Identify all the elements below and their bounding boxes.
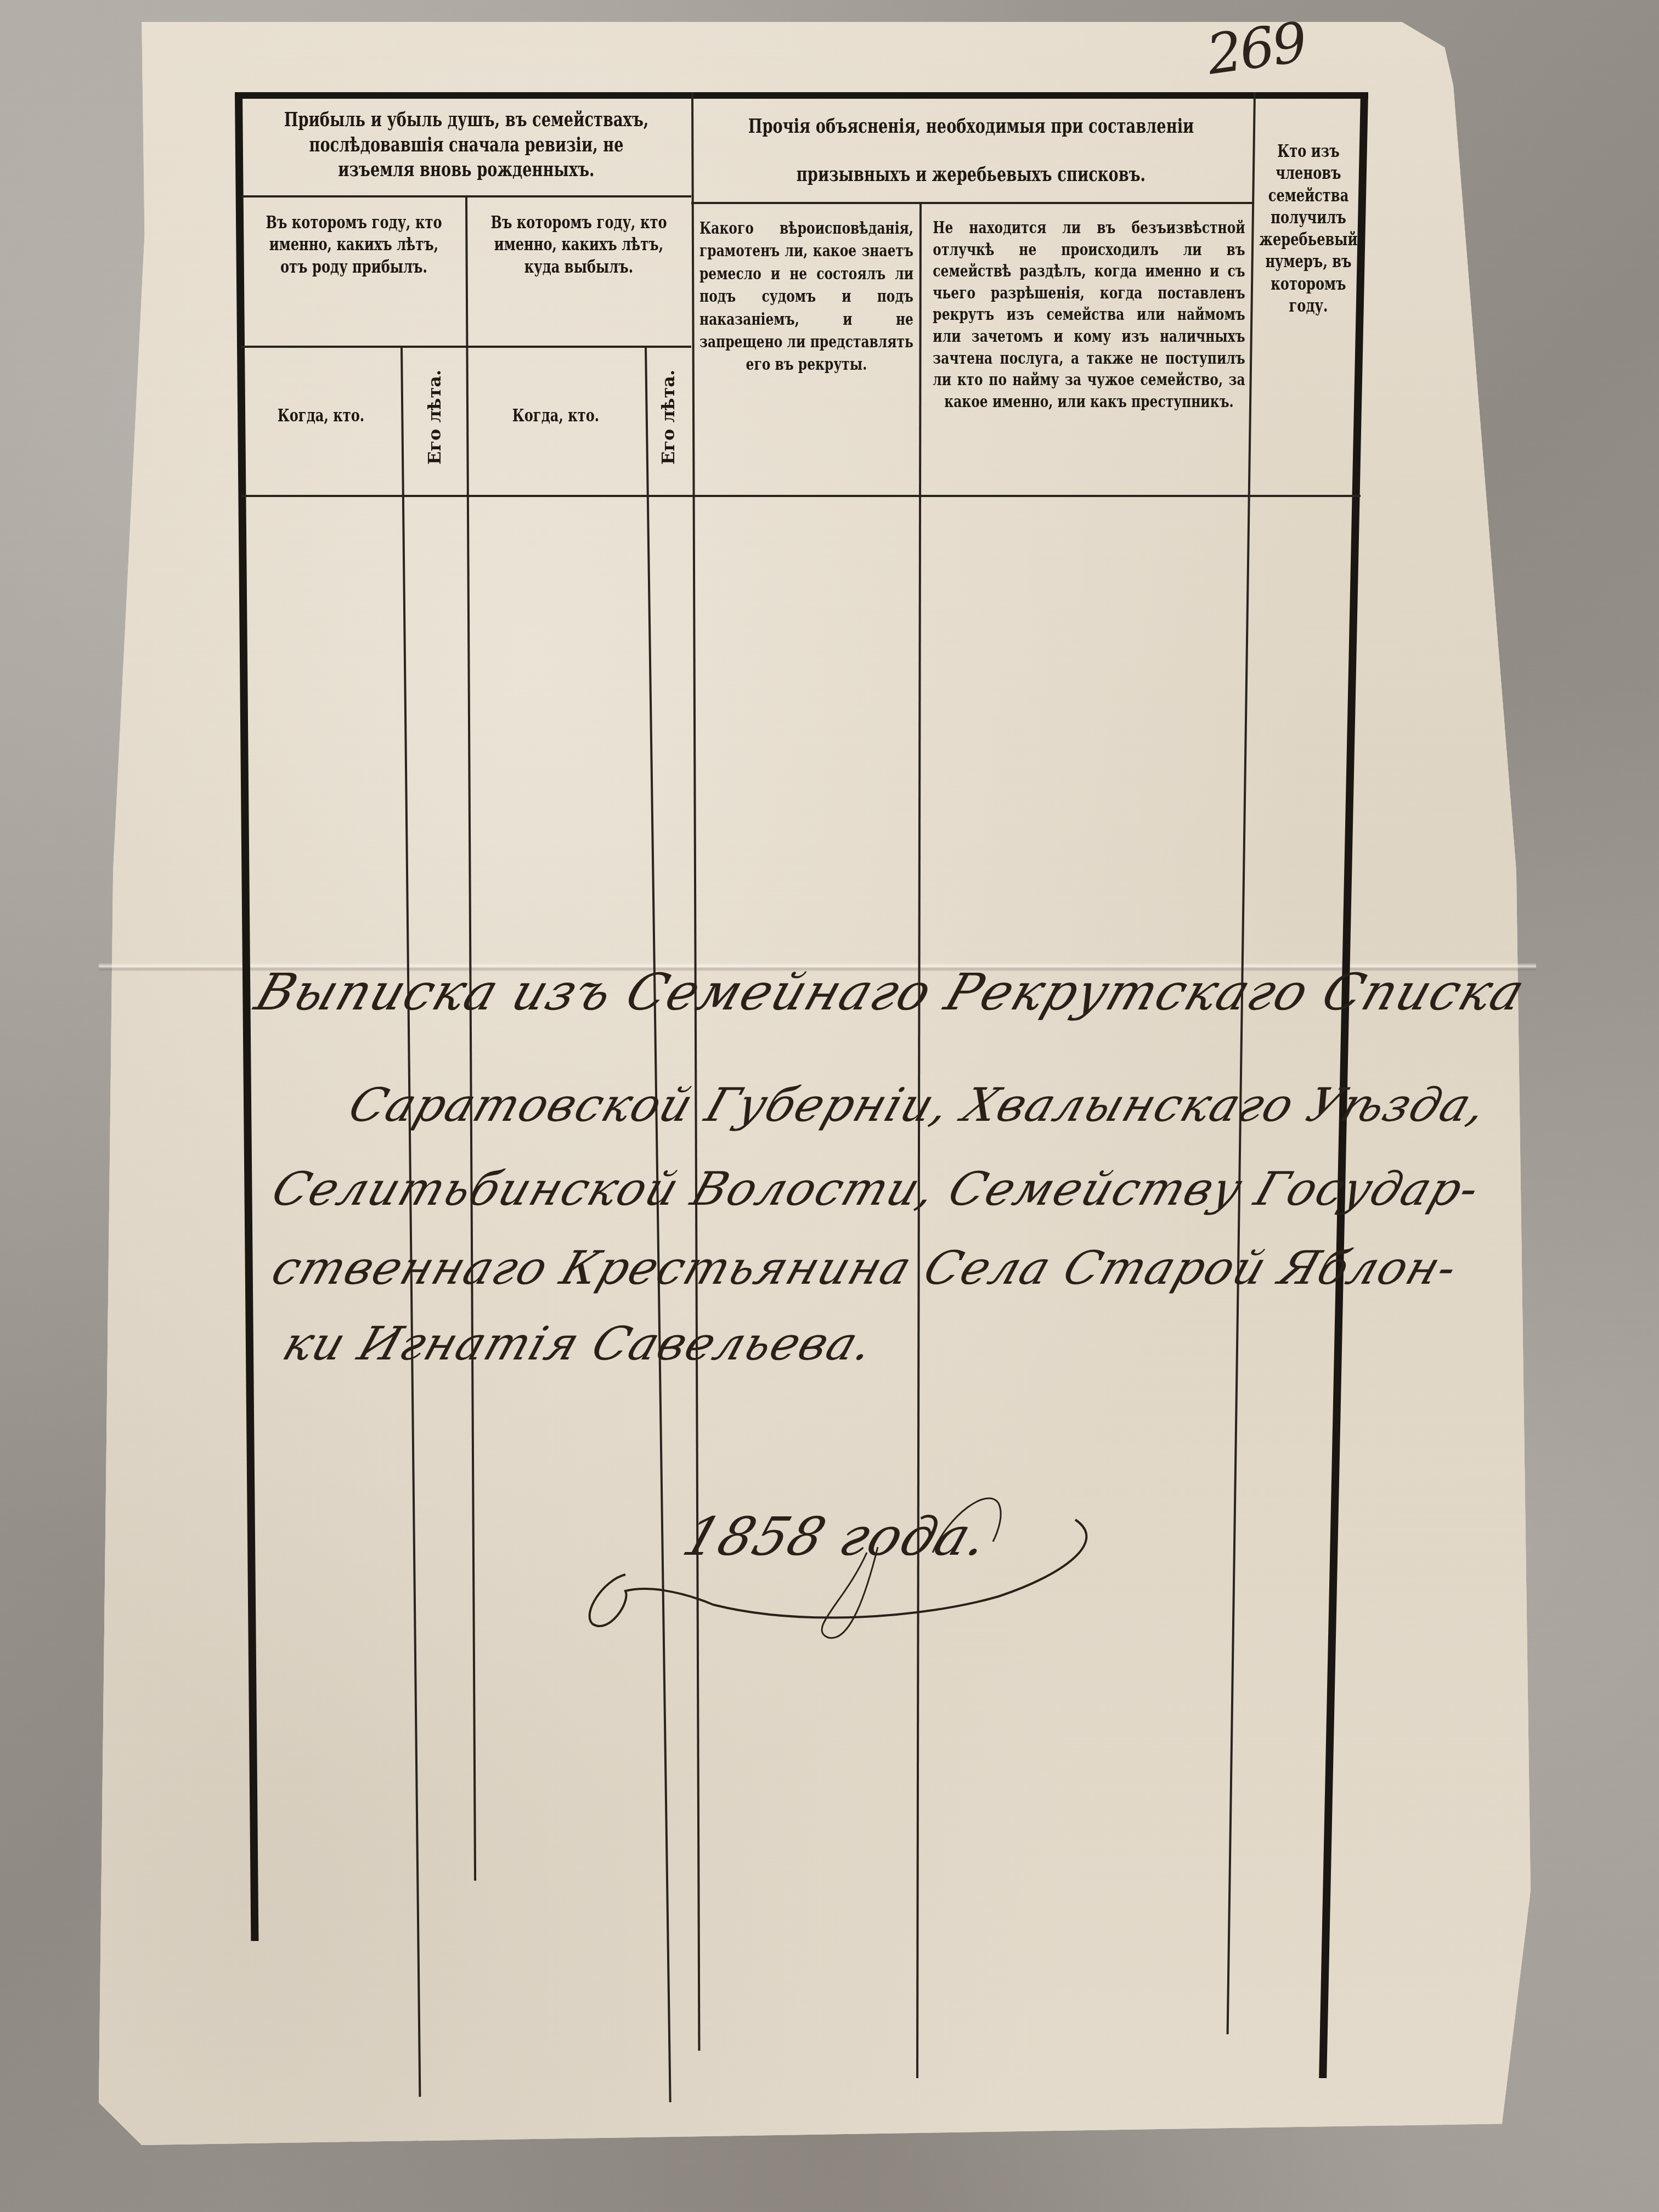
rule-header-bottom — [241, 495, 1361, 497]
header-age-loss: Его лѣта. — [658, 388, 679, 465]
header-when-who-loss: Когда, кто. — [485, 405, 626, 427]
handwritten-line-province: Саратовской Губерніи, Хвалынскаго Уѣзда, — [342, 1078, 1494, 1132]
col-rule-2 — [645, 347, 672, 2102]
header-explanations-title-1: Прочія объясненія, необходимыя при соста… — [727, 114, 1215, 139]
header-religion-literacy: Какого вѣроисповѣданія, грамотенъ ли, ка… — [699, 217, 913, 376]
header-lottery-number: Кто изъ членовъ семейства получилъ жереб… — [1253, 140, 1364, 317]
table-top-border — [235, 92, 1368, 99]
header-when-who-gain: Когда, кто. — [259, 405, 383, 427]
header-gain-loss-title: Прибыль и убыль душъ, въ семействахъ, по… — [274, 108, 659, 183]
col-rule-0 — [400, 347, 421, 2097]
handwritten-line-name: ки Игнатія Савельева. — [276, 1317, 881, 1370]
handwritten-line-village: ственнаго Крестьянина Села Старой Яблон- — [266, 1241, 1465, 1295]
header-absence-division: Не находится ли въ безъизвѣстной отлучкѣ… — [933, 217, 1245, 413]
rule-group2-title — [691, 202, 1254, 204]
header-gain-sub: Въ которомъ году, кто именно, какихъ лѣт… — [258, 212, 450, 278]
handwritten-title: Выписка изъ Семейнаго Рекрутскаго Списка — [249, 963, 1533, 1022]
header-loss-sub: Въ которомъ году, кто именно, какихъ лѣт… — [483, 212, 675, 278]
header-age-gain: Его лѣта. — [424, 388, 445, 465]
page-number: 269 — [1203, 10, 1309, 87]
handwritten-year: 1858 года. — [676, 1506, 997, 1567]
col-rule-4 — [916, 202, 922, 2078]
handwritten-line-volost: Селитьбинской Волости, Семейству Государ… — [266, 1162, 1487, 1216]
col-rule-3 — [691, 92, 700, 2051]
col-rule-1 — [465, 196, 476, 1881]
header-explanations-title-2: призывныхъ и жеребьевыхъ списковъ. — [727, 162, 1215, 188]
